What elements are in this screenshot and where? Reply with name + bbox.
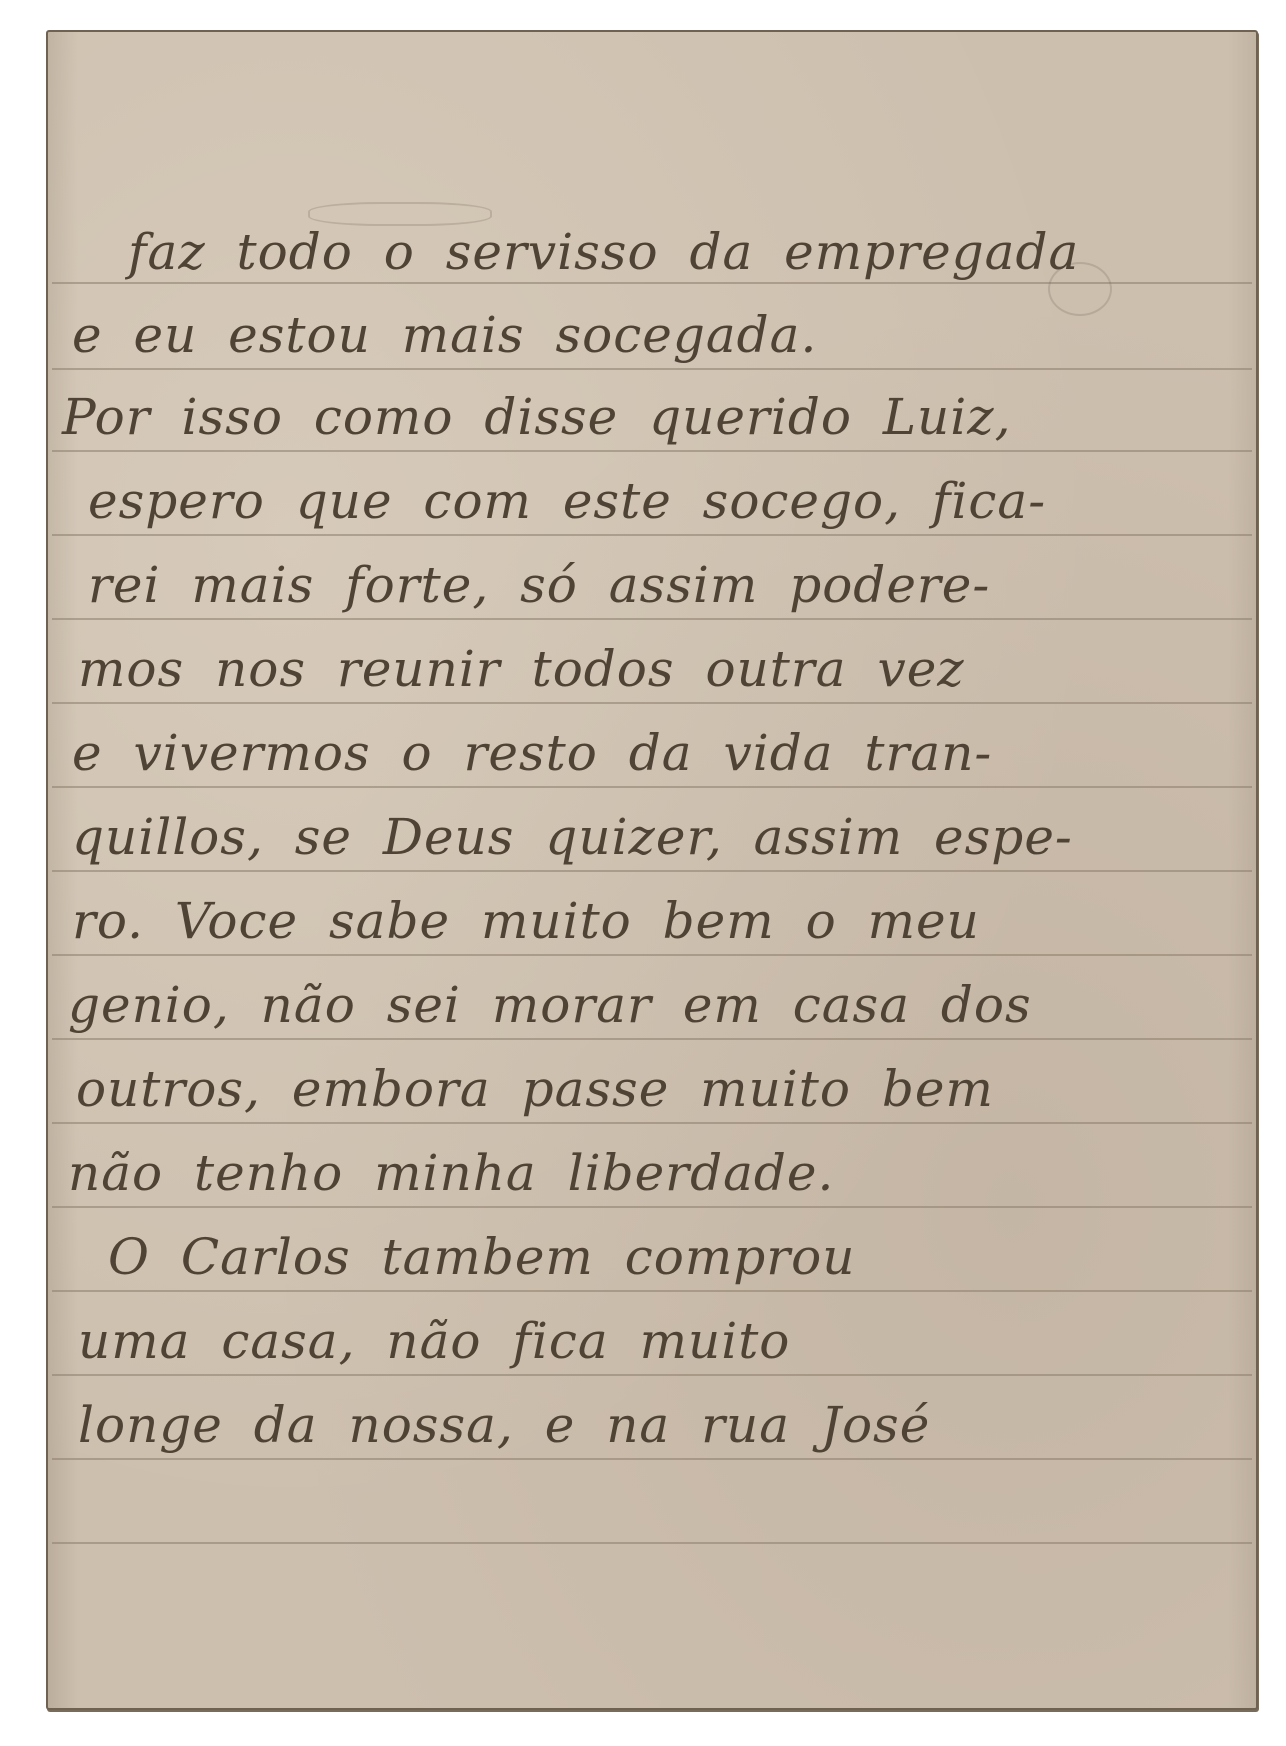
letter-line-12: não tenho minha liberdade.: [68, 1128, 1226, 1218]
letter-line-14: uma casa, não fica muito: [78, 1296, 1226, 1386]
letter-line-4: espero que com este socego, fica-: [88, 456, 1226, 546]
letter-line-1: faz todo o servisso da empregada: [128, 207, 1226, 297]
letter-line-9: ro. Voce sabe muito bem o meu: [72, 876, 1226, 966]
letter-line-5: rei mais forte, só assim podere-: [88, 540, 1226, 630]
ruled-line: [52, 1542, 1252, 1544]
letter-page: faz todo o servisso da empregada e eu es…: [46, 30, 1258, 1710]
letter-line-15: longe da nossa, e na rua José: [78, 1380, 1226, 1470]
letter-line-10: genio, não sei morar em casa dos: [68, 960, 1226, 1050]
letter-line-7: e vivermos o resto da vida tran-: [72, 708, 1226, 798]
letter-line-2: e eu estou mais socegada.: [72, 290, 1226, 380]
letter-line-8: quillos, se Deus quizer, assim espe-: [72, 792, 1226, 882]
letter-line-3: Por isso como disse querido Luiz,: [62, 372, 1226, 462]
letter-line-6: mos nos reunir todos outra vez: [78, 624, 1226, 714]
letter-line-13: O Carlos tambem comprou: [108, 1212, 1226, 1302]
letter-line-11: outros, embora passe muito bem: [76, 1044, 1226, 1134]
